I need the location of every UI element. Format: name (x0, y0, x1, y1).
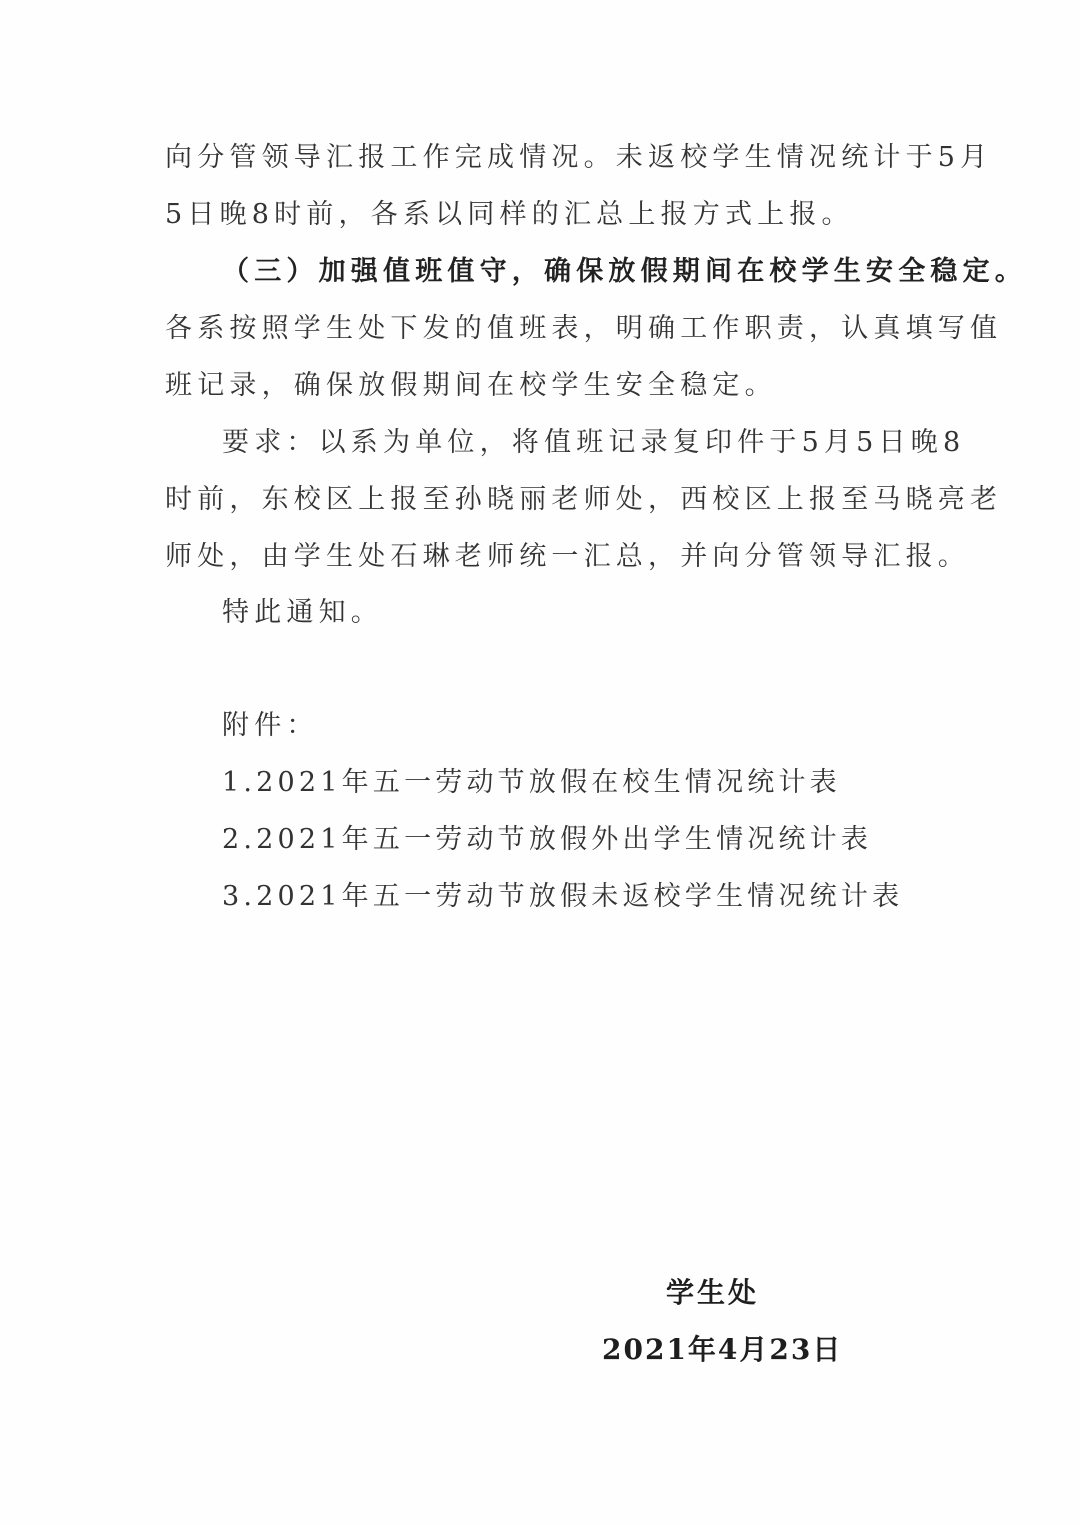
attachment-item-1: 1.2021年五一劳动节放假在校生情况统计表 (222, 763, 841, 803)
requirement-line-1: 要求：以系为单位，将值班记录复印件于5月5日晚8 (222, 423, 965, 463)
attachment-item-3: 3.2021年五一劳动节放假未返校学生情况统计表 (222, 877, 903, 917)
closing-text: 特此通知。 (222, 593, 383, 633)
requirement-line-2: 时前，东校区上报至孙晓丽老师处，西校区上报至马晓亮老 (165, 480, 1002, 520)
section-3-heading: （三）加强值班值守，确保放假期间在校学生安全稳定。 (222, 252, 1027, 292)
requirement-line-3: 师处，由学生处石琳老师统一汇总，并向分管领导汇报。 (165, 537, 970, 577)
attachment-item-2: 2.2021年五一劳动节放假外出学生情况统计表 (222, 820, 872, 860)
signature-issuer: 学生处 (666, 1273, 759, 1313)
signature-date: 2021年4月23日 (602, 1330, 842, 1370)
section-3-line-1: 各系按照学生处下发的值班表，明确工作职责，认真填写值 (165, 309, 1002, 349)
paragraph-1-line-2: 5日晚8时前，各系以同样的汇总上报方式上报。 (165, 195, 854, 235)
paragraph-1-line-1: 向分管领导汇报工作完成情况。未返校学生情况统计于5月 (165, 138, 992, 178)
section-3-line-2: 班记录，确保放假期间在校学生安全稳定。 (165, 366, 777, 406)
attachments-label: 附件： (222, 706, 319, 746)
document-page: 向分管领导汇报工作完成情况。未返校学生情况统计于5月 5日晚8时前，各系以同样的… (0, 0, 1080, 1526)
